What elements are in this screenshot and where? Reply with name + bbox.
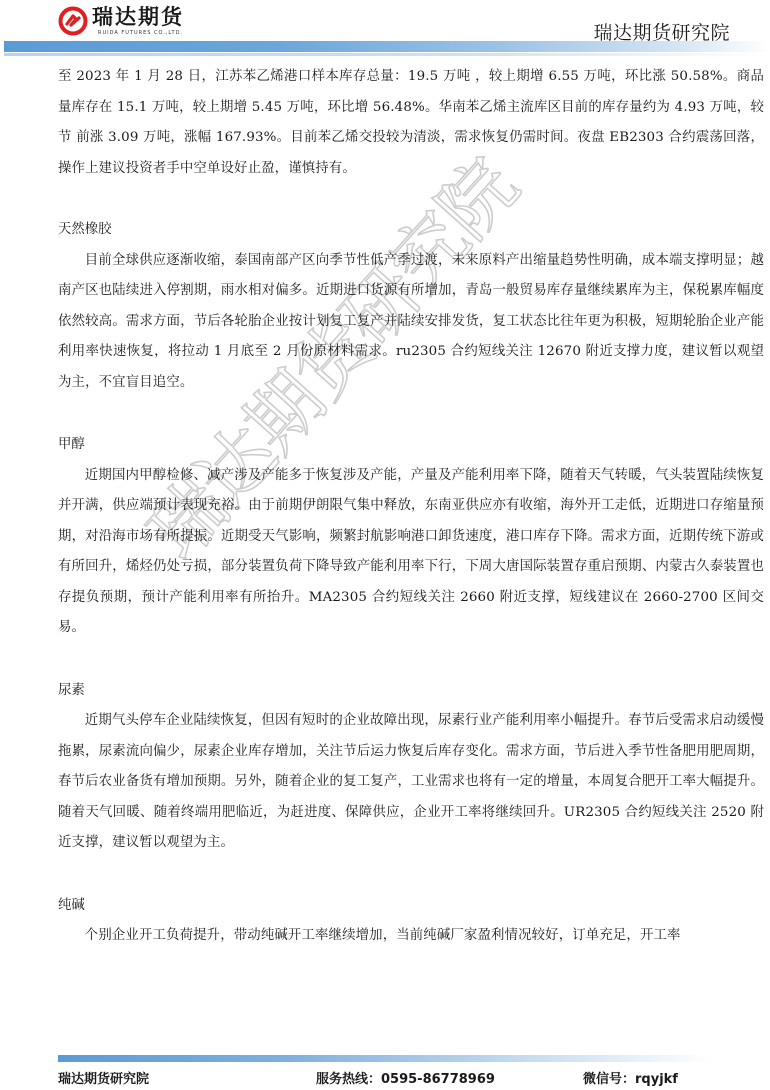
document-body: 至 2023 年 1 月 28 日，江苏苯乙烯港口样本库存总量：19.5 万吨 … bbox=[58, 62, 764, 952]
section-body-methanol: 近期国内甲醇检修、减产涉及产能多于恢复涉及产能，产量及产能利用率下降，随着天气转… bbox=[58, 461, 764, 644]
styrene-paragraph: 至 2023 年 1 月 28 日，江苏苯乙烯港口样本库存总量：19.5 万吨 … bbox=[58, 62, 764, 184]
footer-wechat: 微信号：rqyjkf bbox=[583, 1068, 678, 1087]
ruida-logo-icon bbox=[58, 6, 88, 36]
section-title-methanol: 甲醇 bbox=[58, 430, 764, 461]
footer-institute-name: 瑞达期货研究院 bbox=[58, 1068, 149, 1087]
header-divider-line bbox=[4, 53, 770, 56]
logo-chinese-name: 瑞达期货 bbox=[92, 4, 184, 30]
company-logo: 瑞达期货 RUIDA FUTURES CO.,LTD. bbox=[58, 4, 184, 44]
page-footer: 瑞达期货研究院 服务热线：0595-86778969 微信号：rqyjkf bbox=[58, 1068, 718, 1088]
section-body-soda-ash: 个别企业开工负荷提升，带动纯碱开工率继续增加，当前纯碱厂家盈利情况较好，订单充足… bbox=[58, 921, 764, 952]
section-title-urea: 尿素 bbox=[58, 676, 764, 707]
header-divider-bar bbox=[4, 41, 770, 52]
page-header: 瑞达期货 RUIDA FUTURES CO.,LTD. 瑞达期货研究院 bbox=[0, 0, 770, 58]
logo-english-name: RUIDA FUTURES CO.,LTD. bbox=[98, 30, 184, 36]
section-body-urea: 近期气头停车企业陆续恢复，但因有短时的企业故障出现，尿素行业产能利用率小幅提升。… bbox=[58, 706, 764, 859]
section-title-natural-rubber: 天然橡胶 bbox=[58, 215, 764, 246]
footer-hotline: 服务热线：0595-86778969 bbox=[316, 1068, 495, 1087]
section-title-soda-ash: 纯碱 bbox=[58, 891, 764, 922]
footer-divider-bar bbox=[58, 1055, 713, 1062]
section-body-natural-rubber: 目前全球供应逐渐收缩，泰国南部产区向季节性低产季过渡，未来原料产出缩量趋势性明确… bbox=[58, 246, 764, 399]
